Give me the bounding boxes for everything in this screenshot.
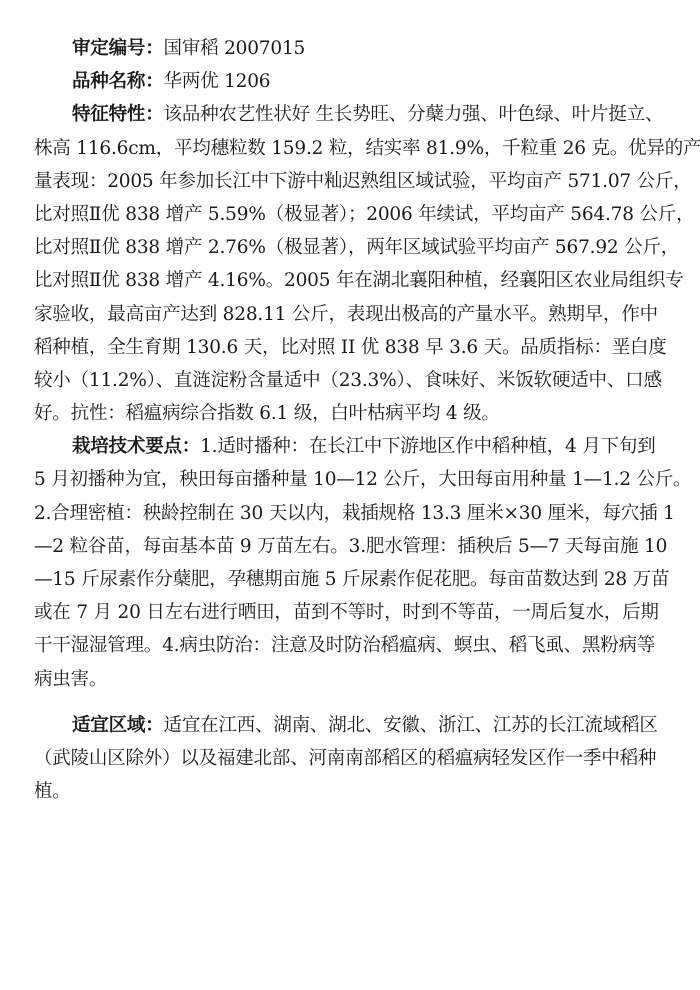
text-line: 株高 116.6cm，平均穗粒数 159.2 粒，结实率 81.9%，千粒重 2… bbox=[34, 132, 668, 165]
region-label: 适宜区域： bbox=[72, 715, 164, 736]
region-line: 适宜区域：适宜在江西、湖南、湖北、安徽、浙江、江苏的长江流域稻区 bbox=[34, 709, 668, 742]
approval-number-line: 审定编号：国审稻 2007015 bbox=[34, 32, 668, 65]
text-line: 干干湿湿管理。4.病虫防治：注意及时防治稻瘟病、螟虫、稻飞虱、黑粉病等 bbox=[34, 629, 668, 662]
section-spacer bbox=[34, 696, 668, 709]
text-line: —2 粒谷苗，每亩基本苗 9 万苗左右。3.肥水管理：插秧后 5—7 天每亩施 … bbox=[34, 530, 668, 563]
text-line: 该品种农艺性状好 生长势旺、分蘖力强、叶色绿、叶片挺立、 bbox=[164, 104, 664, 125]
text-line: 5 月初播种为宜，秧田每亩播种量 10—12 公斤，大田每亩用种量 1—1.2 … bbox=[34, 463, 668, 496]
cultivation-label: 栽培技术要点： bbox=[72, 436, 200, 457]
text-line: 比对照Ⅱ优 838 增产 5.59%（极显著）；2006 年续试，平均亩产 56… bbox=[34, 198, 668, 231]
text-line: 比对照Ⅱ优 838 增产 4.16%。2005 年在湖北襄阳种植，经襄阳区农业局… bbox=[34, 264, 668, 297]
cultivation-line: 栽培技术要点：1.适时播种：在长江中下游地区作中稻种植，4 月下旬到 bbox=[34, 430, 668, 463]
variety-name-line: 品种名称：华两优 1206 bbox=[34, 65, 668, 98]
characteristics-line: 特征特性：该品种农艺性状好 生长势旺、分蘖力强、叶色绿、叶片挺立、 bbox=[34, 98, 668, 131]
approval-number-value: 国审稻 2007015 bbox=[164, 38, 306, 59]
cultivation-section: 栽培技术要点：1.适时播种：在长江中下游地区作中稻种植，4 月下旬到 5 月初播… bbox=[34, 430, 668, 696]
text-line: 病虫害。 bbox=[34, 663, 668, 696]
text-line: 较小（11.2%）、直涟淀粉含量适中（23.3%）、食味好、米饭软硬适中、口感 bbox=[34, 364, 668, 397]
region-section: 适宜区域：适宜在江西、湖南、湖北、安徽、浙江、江苏的长江流域稻区 （武陵山区除外… bbox=[34, 709, 668, 809]
text-line: 量表现：2005 年参加长江中下游中籼迟熟组区域试验，平均亩产 571.07 公… bbox=[34, 165, 668, 198]
text-line: （武陵山区除外）以及福建北部、河南南部稻区的稻瘟病轻发区作一季中稻种 bbox=[34, 742, 668, 775]
text-line: 2.合理密植：秧龄控制在 30 天以内，栽插规格 13.3 厘米×30 厘米，每… bbox=[34, 497, 668, 530]
text-line: —15 斤尿素作分蘖肥，孕穗期亩施 5 斤尿素作促花肥。每亩苗数达到 28 万苗 bbox=[34, 563, 668, 596]
text-line: 好。抗性：稻瘟病综合指数 6.1 级，白叶枯病平均 4 级。 bbox=[34, 397, 668, 430]
text-line: 1.适时播种：在长江中下游地区作中稻种植，4 月下旬到 bbox=[200, 436, 655, 457]
variety-name-label: 品种名称： bbox=[72, 71, 164, 92]
text-line: 比对照Ⅱ优 838 增产 2.76%（极显著），两年区域试验平均亩产 567.9… bbox=[34, 231, 668, 264]
text-line: 植。 bbox=[34, 775, 668, 808]
text-line: 适宜在江西、湖南、湖北、安徽、浙江、江苏的长江流域稻区 bbox=[164, 715, 658, 736]
variety-name-value: 华两优 1206 bbox=[164, 71, 271, 92]
text-line: 家验收，最高亩产达到 828.11 公斤，表现出极高的产量水平。熟期早，作中 bbox=[34, 298, 668, 331]
characteristics-section: 特征特性：该品种农艺性状好 生长势旺、分蘖力强、叶色绿、叶片挺立、 株高 116… bbox=[34, 98, 668, 430]
text-line: 或在 7 月 20 日左右进行晒田，苗到不等时，时到不等苗，一周后复水，后期 bbox=[34, 596, 668, 629]
document-page: 审定编号：国审稻 2007015 品种名称：华两优 1206 特征特性：该品种农… bbox=[34, 32, 668, 808]
text-line: 稻种植，全生育期 130.6 天，比对照 II 优 838 早 3.6 天。品质… bbox=[34, 331, 668, 364]
approval-number-label: 审定编号： bbox=[72, 38, 164, 59]
characteristics-label: 特征特性： bbox=[72, 104, 164, 125]
